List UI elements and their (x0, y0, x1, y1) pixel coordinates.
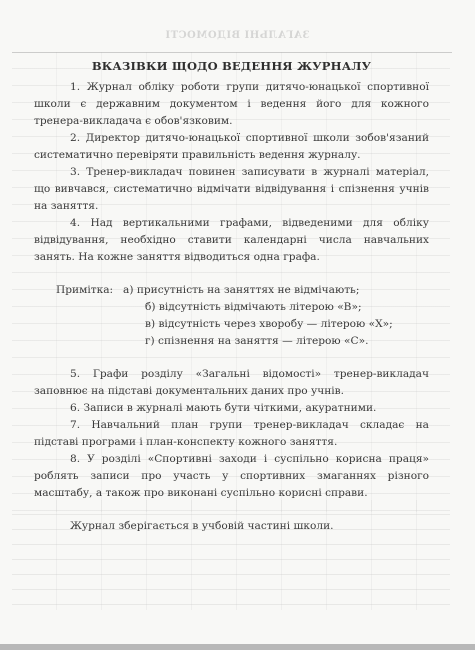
paragraph-8: 8. У розділі «Спортивні заходи і суспіль… (34, 451, 429, 502)
spacer (34, 502, 429, 518)
page-title: ВКАЗІВКИ ЩОДО ВЕДЕННЯ ЖУРНАЛУ (34, 58, 429, 75)
show-through-rule (12, 52, 452, 53)
document-page: ЗАГАЛЬНІ ВІДОМОСТІ ВКАЗІВКИ ЩОДО ВЕДЕННЯ… (0, 0, 475, 644)
note-item-g: г) спізнення на заняття — літерою «С». (56, 333, 429, 350)
instructions-content: ВКАЗІВКИ ЩОДО ВЕДЕННЯ ЖУРНАЛУ 1. Журнал … (34, 58, 429, 535)
paragraph-2: 2. Директор дитячо-юнацької спортивної ш… (34, 130, 429, 164)
paragraph-1: 1. Журнал обліку роботи групи дитячо-юна… (34, 79, 429, 130)
paragraph-5: 5. Графи розділу «Загальні відомості» тр… (34, 366, 429, 400)
show-through-title: ЗАГАЛЬНІ ВІДОМОСТІ (165, 30, 310, 41)
scan-edge (0, 644, 475, 650)
paragraph-4: 4. Над вертикальними графами, відведеним… (34, 215, 429, 266)
note-block: Примітка: а) присутність на заняттях не … (34, 282, 429, 350)
paragraph-7: 7. Навчальний план групи тренер-викладач… (34, 417, 429, 451)
note-row-first: Примітка: а) присутність на заняттях не … (56, 282, 429, 299)
note-item-a: а) присутність на заняттях не відмічають… (123, 282, 359, 299)
note-item-b: б) відсутність відмічають літерою «В»; (56, 299, 429, 316)
paragraph-3: 3. Тренер-викладач повинен записувати в … (34, 164, 429, 215)
paragraph-6: 6. Записи в журналі мають бути чіткими, … (34, 400, 429, 417)
note-item-v: в) відсутність через хворобу — літерою «… (56, 316, 429, 333)
spacer (34, 350, 429, 366)
note-label: Примітка: (56, 282, 123, 299)
closing-statement: Журнал зберігається в учбовій частині шк… (34, 518, 429, 535)
